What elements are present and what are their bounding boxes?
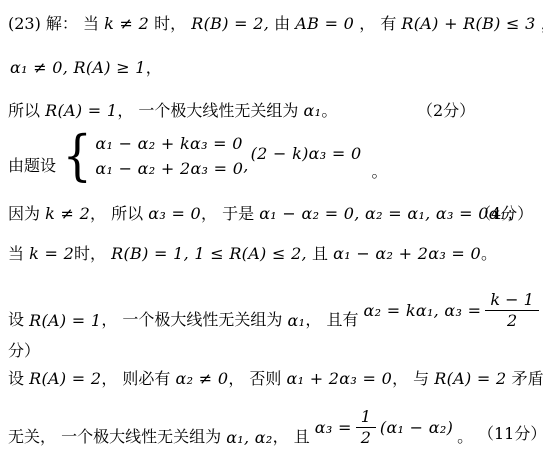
text-run: 时，: [149, 11, 191, 34]
math-run: α₂ ≠ 0: [176, 369, 229, 388]
math-run: R(B) = 1, 1 ≤ R(A) ≤ 2,: [111, 244, 307, 263]
text-run: ， 有: [354, 11, 401, 34]
math-run: AB = 0: [295, 14, 354, 33]
score-marker-2pts: （2分）: [417, 98, 475, 121]
solution-line-9: 设 R(A) = 2， 则必有 α₂ ≠ 0， 否则 α₁ + 2α₃ = 0，…: [8, 366, 543, 389]
text-run: (23) 解： 当: [8, 11, 104, 34]
text-run: ， 于是: [201, 201, 259, 224]
text-run: 时，: [74, 241, 111, 264]
math-fraction-expression: α₃ =12(α₁ − α₂): [315, 407, 453, 447]
equation-1: α₁ − α₂ + kα₃ = 0: [95, 131, 243, 156]
math-run: α₁ + 2α₃ = 0: [287, 369, 393, 388]
math-run: R(A) = 1: [29, 311, 101, 330]
equation-system: α₁ − α₂ + kα₃ = 0α₁ − α₂ + 2α₃ = 0: [95, 131, 243, 181]
equation-2: α₁ − α₂ + 2α₃ = 0: [95, 156, 243, 181]
text-run: 设: [8, 366, 29, 389]
text-run: ， 所以: [90, 201, 148, 224]
left-brace-icon: {: [63, 129, 92, 183]
text-run: 分）: [8, 338, 40, 361]
math-run: α₁ − α₂ = 0, α₂ = α₁, α₃ = 0α₁: [259, 204, 506, 223]
fraction-denominator: 2: [507, 311, 517, 330]
math-run: (2 − k)α₃ = 0: [251, 144, 362, 163]
fraction: k − 12: [485, 290, 538, 330]
text-run: ， 一个极大线性无关组为: [117, 98, 303, 121]
text-run: 。: [481, 241, 497, 264]
math-run: R(A) + R(B) ≤ 3: [401, 14, 535, 33]
math-run: α₁: [288, 311, 306, 330]
text-run: ， 否则: [228, 366, 286, 389]
math-run: R(B) = 2,: [191, 14, 269, 33]
solution-line-8: 分）: [8, 338, 40, 361]
math-run: α₁, α₂: [226, 428, 272, 447]
math-run: k ≠ 2: [104, 14, 149, 33]
text-run: ， 且有: [305, 307, 363, 330]
score-marker-4pts: （4分）: [475, 201, 533, 224]
math-fraction-expression: α₂ = kα₁, α₃ =k − 12α₁, k: [364, 290, 543, 330]
separator-comma: ,: [243, 156, 248, 175]
math-run: α₁ − α₂ + 2α₃ = 0: [333, 244, 481, 263]
math-run: k ≠ 2: [45, 204, 90, 223]
document-page: (23) 解： 当 k ≠ 2 时， R(B) = 2, 由 AB = 0 ， …: [0, 0, 543, 449]
score-marker-11pts: （11分）: [478, 421, 543, 444]
text-run: 矛盾， 且: [507, 366, 543, 389]
math-run: α₁: [304, 101, 322, 120]
solution-line-2: α₁ ≠ 0, R(A) ≥ 1，: [10, 55, 162, 78]
math-run: k = 2: [29, 244, 74, 263]
text-run: ，: [146, 55, 162, 78]
math-run: α₂ = kα₁, α₃ =: [364, 301, 482, 320]
solution-line-5: 因为 k ≠ 2， 所以 α₃ = 0， 于是 α₁ − α₂ = 0, α₂ …: [8, 201, 543, 224]
solution-line-7: 设 R(A) = 1， 一个极大线性无关组为 α₁， 且有 α₂ = kα₁, …: [8, 287, 543, 330]
solution-line-1: (23) 解： 当 k ≠ 2 时， R(B) = 2, 由 AB = 0 ， …: [8, 11, 543, 34]
math-run: (α₁ − α₂): [380, 418, 453, 437]
math-run: α₃ = 0: [148, 204, 201, 223]
text-run: 当: [8, 241, 29, 264]
text-run: 由题设: [8, 153, 56, 184]
solution-line-4-system: 由题设{α₁ − α₂ + kα₃ = 0α₁ − α₂ + 2α₃ = 0,(…: [8, 128, 387, 184]
text-run: 无关， 一个极大线性无关组为: [8, 424, 226, 447]
math-run: α₃ =: [315, 418, 352, 437]
text-run: ， 与: [392, 366, 434, 389]
solution-line-3: 所以 R(A) = 1， 一个极大线性无关组为 α₁。（2分）: [8, 98, 543, 121]
text-run: 设: [8, 307, 29, 330]
math-run: R(A) = 2: [434, 369, 506, 388]
fraction-numerator: k − 1: [485, 290, 538, 311]
fraction-denominator: 2: [361, 428, 371, 447]
fraction: 12: [356, 407, 376, 447]
math-run: R(A) = 2: [29, 369, 101, 388]
text-run: ， 再由: [536, 11, 543, 34]
text-run: 。: [371, 159, 387, 184]
text-run: ， 且: [273, 424, 315, 447]
text-run: 。: [457, 424, 473, 447]
text-run: 因为: [8, 201, 45, 224]
text-run: 由: [269, 11, 295, 34]
text-run: 。: [321, 98, 337, 121]
solution-line-10: 无关， 一个极大线性无关组为 α₁, α₂， 且 α₃ =12(α₁ − α₂)…: [8, 405, 543, 447]
text-run: ， 则必有: [101, 366, 175, 389]
math-run: R(A) = 1: [45, 101, 117, 120]
text-run: ， 一个极大线性无关组为: [101, 307, 287, 330]
text-run: 且: [307, 241, 333, 264]
math-run: α₁ ≠ 0, R(A) ≥ 1: [10, 58, 146, 77]
fraction-numerator: 1: [356, 407, 376, 428]
text-run: 所以: [8, 98, 45, 121]
solution-line-6: 当 k = 2时， R(B) = 1, 1 ≤ R(A) ≤ 2, 且 α₁ −…: [8, 241, 497, 264]
